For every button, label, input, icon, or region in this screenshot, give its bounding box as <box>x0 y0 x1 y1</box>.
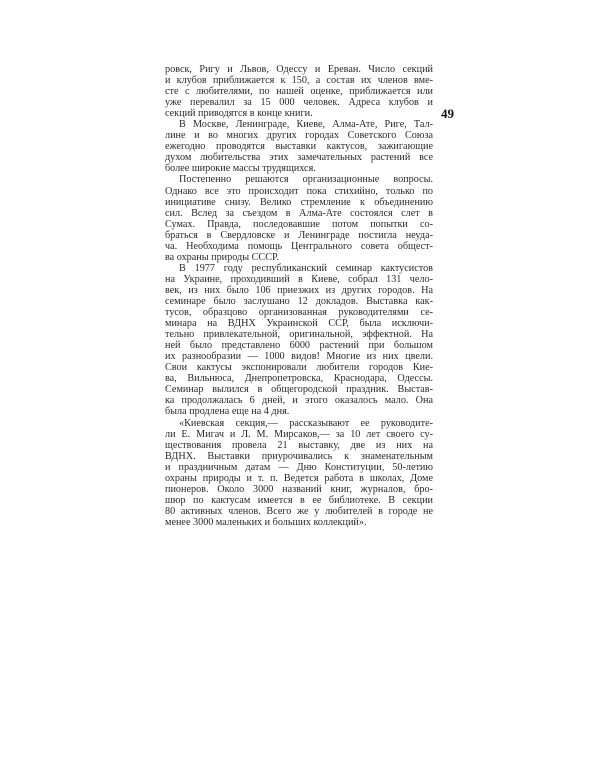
text-line: Свои кактусы экспонировали любители горо… <box>165 362 433 373</box>
text-line: В Москве, Ленинграде, Киеве, Алма-Ате, Р… <box>165 119 433 130</box>
text-line: ка продолжалась 6 дней, и этого оказалос… <box>165 395 433 406</box>
text-line: инициативе снизу. Велико стремление к об… <box>165 197 433 208</box>
text-line: на Украине, проходивший в Киеве, собрал … <box>165 274 433 285</box>
text-line: сте с любителями, по нашей оценке, прибл… <box>165 86 433 97</box>
paragraph: ровск, Ригу и Львов, Одессу и Ереван. Чи… <box>165 64 433 119</box>
paragraph: В 1977 году республиканский семинар какт… <box>165 263 433 418</box>
text-line: ва, Вильнюса, Днепропетровска, Краснодар… <box>165 373 433 384</box>
text-line: В 1977 году республиканский семинар какт… <box>165 263 433 274</box>
text-line: Сумах. Правда, последовавшие потом попыт… <box>165 219 433 230</box>
text-line: ровск, Ригу и Львов, Одессу и Ереван. Чи… <box>165 64 433 75</box>
text-line: 80 активных членов. Всего же у любителей… <box>165 506 433 517</box>
text-line: лине и во многих других городах Советско… <box>165 130 433 141</box>
text-line: пионеров. Около 3000 названий книг, журн… <box>165 484 433 495</box>
text-line: век, из них было 106 приезжих из других … <box>165 285 433 296</box>
paragraph: «Киевская секция,— рассказывают ее руков… <box>165 418 433 528</box>
paragraph: В Москве, Ленинграде, Киеве, Алма-Ате, Р… <box>165 119 433 174</box>
text-line: ществования провела 21 выставку, две из … <box>165 440 433 451</box>
text-line: «Киевская секция,— рассказывают ее руков… <box>165 418 433 429</box>
paragraph: Постепенно решаются организационные вопр… <box>165 174 433 262</box>
text-line: сил. Вслед за съездом в Алма-Ате состоял… <box>165 208 433 219</box>
text-line: Семинар вылился в общегородской праздник… <box>165 384 433 395</box>
text-line: ча. Необходима помощь Центрального совет… <box>165 241 433 252</box>
text-line: ежегодно проводятся выставки кактусов, з… <box>165 141 433 152</box>
text-line: Постепенно решаются организационные вопр… <box>165 174 433 185</box>
text-line: духом любительства этих замечательных ра… <box>165 152 433 163</box>
text-line: охраны природы и т. п. Ведется работа в … <box>165 473 433 484</box>
text-line: минара на ВДНХ Украинской ССР, была искл… <box>165 318 433 329</box>
page-number: 49 <box>441 106 454 122</box>
text-line: более широкие массы трудящихся. <box>165 163 433 174</box>
body-text: ровск, Ригу и Львов, Одессу и Ереван. Чи… <box>165 64 433 528</box>
text-line: Однако все это происходит пока стихийно,… <box>165 186 433 197</box>
text-line: браться в Свердловске и Ленинграде пости… <box>165 230 433 241</box>
text-line: шюр по кактусам имеется в ее библиотеке.… <box>165 495 433 506</box>
text-line: их разнообразии — 1000 видов! Многие из … <box>165 351 433 362</box>
text-line: тельно привлекательной, оригинальной, эф… <box>165 329 433 340</box>
text-line: и праздничным датам — Дню Конституции, 5… <box>165 462 433 473</box>
text-line: тусов, образцово организованная руководи… <box>165 307 433 318</box>
text-line: секций приводятся в конце книги. <box>165 108 433 119</box>
text-line: ли Е. Мигач и Л. М. Мирсаков,— за 10 лет… <box>165 429 433 440</box>
text-line: ва охраны природы СССР. <box>165 252 433 263</box>
text-line: и клубов приближается к 150, а состав их… <box>165 75 433 86</box>
text-line: ВДНХ. Выставки приурочивались к знаменат… <box>165 451 433 462</box>
text-line: менее 3000 маленьких и больших коллекций… <box>165 517 433 528</box>
text-line: была продлена еще на 4 дня. <box>165 406 433 417</box>
text-line: уже перевалил за 15 000 человек. Адреса … <box>165 97 433 108</box>
text-line: ней было представлено 6000 растений при … <box>165 340 433 351</box>
text-line: семинаре было заслушано 12 докладов. Выс… <box>165 296 433 307</box>
